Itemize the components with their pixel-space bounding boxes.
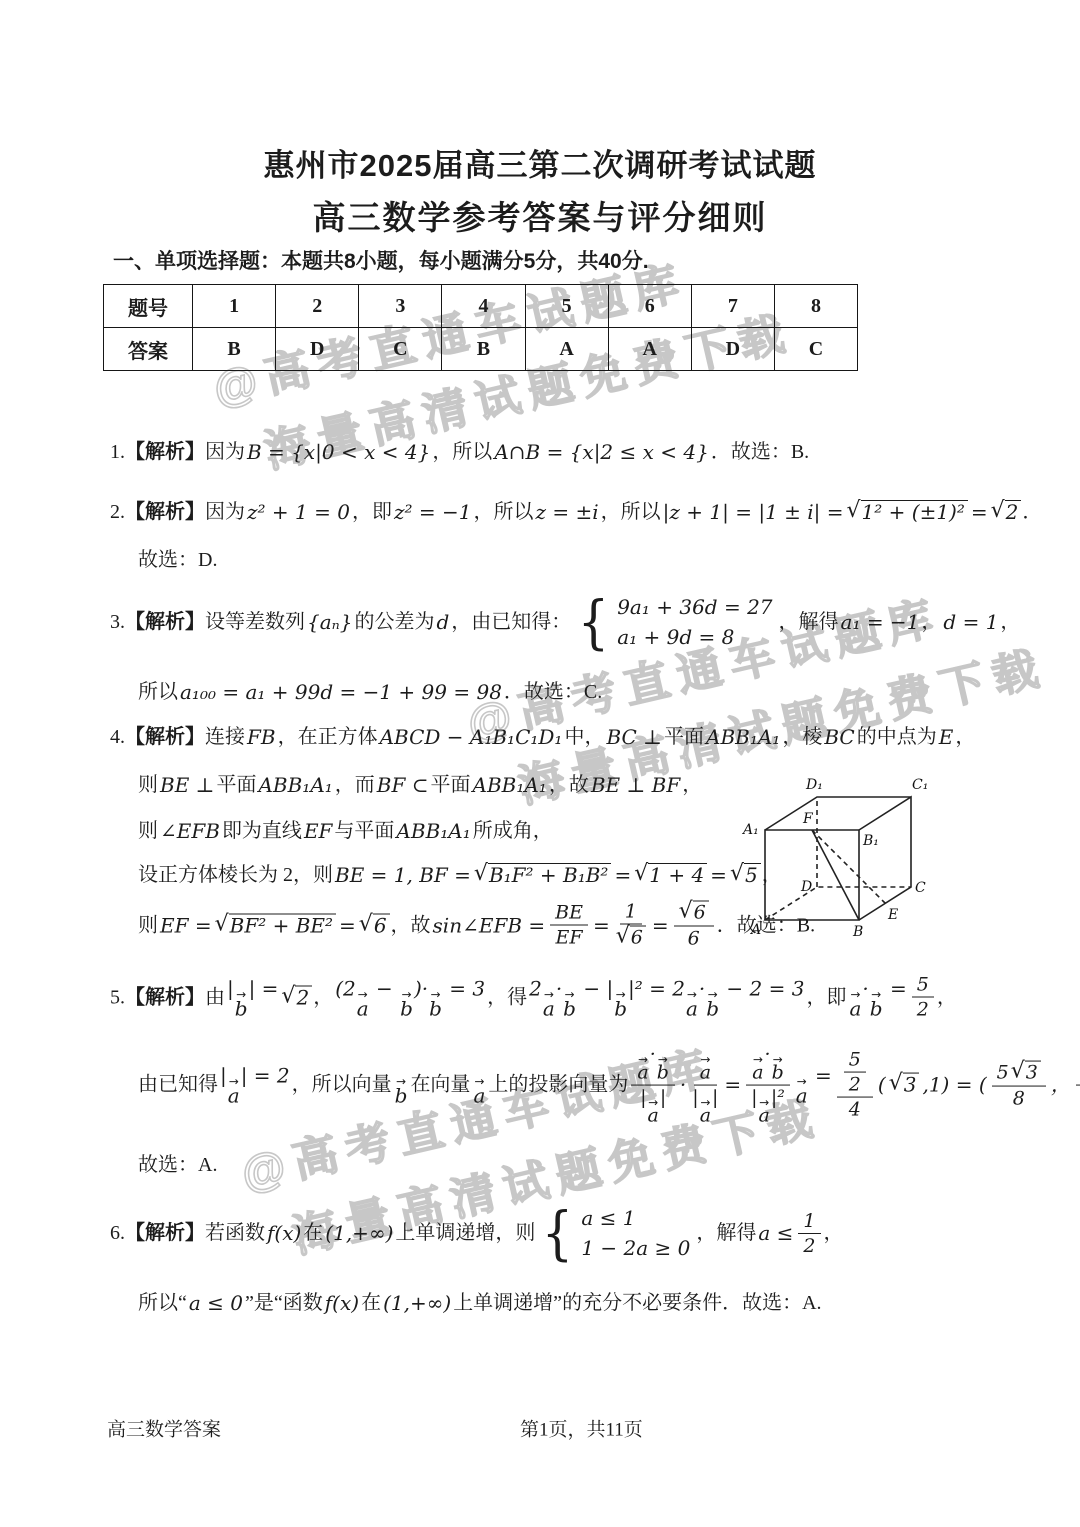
- answer-cell: C: [359, 328, 442, 371]
- radical: √B₁F² + B₁B²: [474, 863, 612, 887]
- fraction: 52: [844, 1049, 866, 1096]
- vector-arrow: →a: [357, 991, 369, 1019]
- vertex-label-B: B: [852, 924, 863, 940]
- fraction: 58: [1076, 1062, 1080, 1109]
- fraction: 524: [837, 1049, 873, 1121]
- vertex-label-D1: D₁: [805, 777, 823, 793]
- fraction: →a·→b|→a|: [631, 1044, 675, 1127]
- vector-arrow: →a: [758, 1100, 769, 1127]
- solution-4-line: 则EF =√BF² + BE²=√6，故sin∠EFB =BEEF=1√6=√6…: [138, 901, 815, 950]
- vertex-label-B1: B₁: [862, 833, 879, 849]
- vector-arrow: →b: [772, 1057, 784, 1084]
- answer-table: 题号 1 2 3 4 5 6 7 8 答案 B D C B A A D C: [103, 284, 858, 371]
- cube-figure: A B C D A₁ B₁ C₁ D₁ E F: [737, 772, 942, 940]
- radical: √6: [359, 913, 390, 937]
- solution-5-line: 5.【解析】由|→b| =√2，(2→a − →b)·→b = 3，得2→a·→…: [110, 974, 957, 1021]
- equation-system: {a ≤ 11 − 2a ≥ 0: [539, 1203, 692, 1263]
- solution-2-line: 故选：D.: [138, 547, 217, 573]
- vector-arrow: →b: [235, 991, 248, 1019]
- vector-arrow: →b: [400, 991, 413, 1019]
- question-number-cell: 8: [774, 285, 857, 328]
- solution-1-line: 1.【解析】因为B = {x|0 < x < 4}，所以A∩B = {x|2 ≤…: [110, 439, 809, 465]
- vector-arrow: →a: [700, 1057, 711, 1084]
- vector-arrow: →a: [700, 1100, 711, 1127]
- vertex-label-D: D: [800, 879, 812, 895]
- vertex-label-F: F: [802, 811, 814, 827]
- solution-3-line: 所以a₁₀₀ = a₁ + 99d = −1 + 99 = 98．故选：C.: [138, 679, 602, 705]
- question-number-cell: 3: [359, 285, 442, 328]
- fraction: →a·→b|→a|²: [746, 1044, 790, 1127]
- vector-arrow: →a: [647, 1100, 658, 1127]
- answer-cell: A: [525, 328, 608, 371]
- solution-4-line: 4.【解析】连接FB，在正方体ABCD − A₁B₁C₁D₁中，BC ⊥平面AB…: [110, 724, 975, 750]
- vertex-label-C: C: [915, 880, 926, 896]
- solution-4-line: 设正方体棱长为 2，则BE = 1, BF =√B₁F² + B₁B²=√1 +…: [138, 862, 782, 888]
- solution-2-line: 2.【解析】因为z² + 1 = 0，即z² = −1，所以z = ±i，所以|…: [110, 499, 1042, 525]
- vector-arrow: →a: [637, 1057, 648, 1084]
- radical: √BF² + BE²: [215, 913, 336, 937]
- answer-sheet-page: @高考直通车试题库 海量高清试题免费下载 @高考直通车试题库 海量高清试题免费下…: [0, 0, 1080, 1527]
- radical: √6: [616, 926, 646, 950]
- solution-4-line: 则BE ⊥平面ABB₁A₁，而BF ⊂平面ABB₁A₁，故BE ⊥ BF，: [138, 772, 702, 798]
- radical: √1² + (±1)²: [847, 500, 968, 524]
- fraction: 1√6: [615, 901, 647, 950]
- question-number-cell: 4: [442, 285, 525, 328]
- answer-table-answer-row: 答案 B D C B A A D C: [104, 328, 858, 371]
- vertex-label-A: A: [749, 922, 761, 938]
- vector-arrow: →b: [870, 991, 883, 1019]
- radical: √2: [281, 985, 312, 1009]
- fraction: √66: [674, 901, 714, 950]
- question-number-cell: 1: [193, 285, 276, 328]
- vector-arrow: →b: [706, 991, 719, 1019]
- vector-arrow: →a: [849, 991, 861, 1019]
- equation-system: {9a₁ + 36d = 27a₁ + 9d = 8: [575, 592, 774, 652]
- question-number-cell: 2: [276, 285, 359, 328]
- vector-arrow: →b: [563, 991, 576, 1019]
- vertex-label-A1: A₁: [741, 822, 759, 838]
- solution-3-line: 3.【解析】设等差数列{aₙ}的公差为d，由已知得：{9a₁ + 36d = 2…: [110, 592, 1020, 652]
- vector-arrow: →b: [614, 991, 627, 1019]
- footer-page-number: 第1页，共11页: [520, 1415, 643, 1442]
- vector-arrow: →a: [686, 991, 698, 1019]
- radical: √1 + 4: [634, 863, 707, 887]
- radical: √6: [679, 901, 709, 925]
- answer-cell: B: [193, 328, 276, 371]
- vector-arrow: →b: [657, 1057, 669, 1084]
- fraction: 12: [798, 1210, 820, 1257]
- radical: √3: [1011, 1061, 1041, 1085]
- question-number-cell: 5: [525, 285, 608, 328]
- vector-arrow: →a: [543, 991, 555, 1019]
- answer-cell: D: [691, 328, 774, 371]
- answer-cell: B: [442, 328, 525, 371]
- fraction: BEEF: [550, 902, 588, 949]
- question-number-cell: 6: [608, 285, 691, 328]
- vector-arrow: →a: [752, 1057, 763, 1084]
- vector-arrow: →b: [395, 1079, 408, 1107]
- answer-row-label: 答案: [104, 328, 193, 371]
- radical: √3: [889, 1073, 920, 1097]
- vector-arrow: →b: [429, 991, 442, 1019]
- vector-arrow: →a: [796, 1079, 808, 1107]
- answer-cell: A: [608, 328, 691, 371]
- answer-table-number-row: 题号 1 2 3 4 5 6 7 8: [104, 285, 858, 328]
- vertex-label-C1: C₁: [912, 777, 928, 793]
- question-number-cell: 7: [691, 285, 774, 328]
- fraction: →a|→a|: [691, 1044, 719, 1127]
- footer-document-name: 高三数学答案: [107, 1415, 221, 1442]
- solution-5-line: 由已知得|→a| = 2，所以向量→b在向量→a上的投影向量为→a·→b|→a|…: [138, 1044, 1080, 1127]
- section-heading: 一、单项选择题：本题共8小题，每小题满分5分，共40分.: [113, 245, 649, 275]
- main-title: 惠州市2025届高三第二次调研考试试题: [0, 140, 1080, 185]
- solution-6-line: 6.【解析】若函数f(x)在(1,+∞)上单调递增，则{a ≤ 11 − 2a …: [110, 1203, 844, 1263]
- sub-title: 高三数学参考答案与评分细则: [0, 192, 1080, 239]
- fraction: 52: [912, 974, 934, 1021]
- solution-5-line: 故选：A.: [138, 1152, 217, 1178]
- solution-6-line: 所以“a ≤ 0”是“函数f(x)在(1,+∞)上单调递增”的充分不必要条件．故…: [138, 1290, 822, 1316]
- solution-4-line: 则∠EFB即为直线EF与平面ABB₁A₁所成角，: [138, 818, 553, 844]
- number-row-label: 题号: [104, 285, 193, 328]
- answer-cell: D: [276, 328, 359, 371]
- vector-arrow: →a: [473, 1079, 485, 1107]
- fraction: 5√38: [992, 1061, 1046, 1110]
- answer-cell: C: [774, 328, 857, 371]
- radical: √2: [991, 500, 1022, 524]
- vertex-label-E: E: [887, 907, 898, 923]
- vector-arrow: →a: [228, 1079, 240, 1107]
